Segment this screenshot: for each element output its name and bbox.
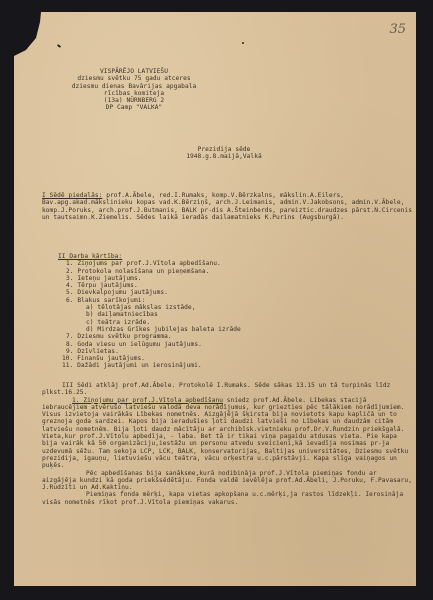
letterhead-line-3: dziesmu dienas Bavārijas apgabala [64,83,204,90]
agenda-item: 8. Goda viesu un ielūgumu jautājums. [42,341,412,348]
letterhead-line-6: DP Camp "VALKA" [64,104,204,111]
ink-speck [57,44,61,48]
agenda-item: 11. Dažādi jautājumi un ierosinājumi. [42,362,412,369]
meeting-title-block: Prezidija sēde 1948.g.8.maijā,Valkā [164,146,284,161]
agenda-item: 6. Blakus sarīkojumi: [42,297,412,304]
meeting-title: Prezidija sēde [164,146,284,153]
proceedings-intro: III Sēdi atklāj prof.Ad.Ābele. Protokolē… [42,382,412,397]
agenda-subitem: a) tēlotājas mākslas izstāde, [42,304,412,311]
section-heading: I Sēdē piedalās: [42,192,102,199]
proceedings-paragraph: Pēc apbedīšanas bija sanāksme,kurā nodib… [42,470,412,492]
agenda-subitem: b) daiļamatniecības [42,311,412,318]
letterhead: VISPĀRĒJO LATVIEŠU dziesmu svētku 75 gad… [64,68,204,112]
section-proceedings: III Sēdi atklāj prof.Ad.Ābele. Protokolē… [42,382,412,506]
agenda-item: 7. Dziesmu svētku programma. [42,333,412,340]
agenda-item: 5. Dievkalpojumu jautājums. [42,289,412,296]
section-heading: II Darba kārtība: [58,253,122,260]
agenda-subitem: c) teātra izrāde. [42,319,412,326]
proceedings-paragraph: Piemiņas fonda mērķi, kapa vietas apkopš… [42,491,412,506]
section-agenda: II Darba kārtība: 1. Ziņojums par prof.J… [42,253,412,370]
agenda-subitem: d) Mirdzas Grīkes jubilejas baleta izrād… [42,326,412,333]
meeting-date-place: 1948.g.8.maijā,Valkā [164,153,284,160]
letterhead-line-2: dziesmu svētku 75 gadu atceres [64,75,204,82]
agenda-item: 1. Ziņojums par prof.J.Vītola apbedīšanu… [42,260,412,267]
proceedings-item-text: sniedz prof.Ad.Ābele. Lībekas stacijā ie… [42,397,408,470]
agenda-item: 3. Ieteņu jautājums. [42,275,412,282]
letterhead-line-5: (13a) NÜRNBERG 2 [64,97,204,104]
agenda-item: 4. Tērpu jautājums. [42,282,412,289]
page-number: 35 [389,22,406,37]
letterhead-line-1: VISPĀRĒJO LATVIEŠU [64,68,204,75]
proceedings-item-heading: 1. Ziņojumu par prof.J.Vītola apbedīšanu [42,397,223,404]
agenda-item: 2. Protokola nolasīšana un pieņemšana. [42,268,412,275]
ink-speck [242,42,244,44]
section-attendees: I Sēdē piedalās: prof.A.Ābele, red.I.Rum… [42,192,412,221]
document-page: 35 VISPĀRĒJO LATVIEŠU dziesmu svētku 75 … [14,12,416,586]
